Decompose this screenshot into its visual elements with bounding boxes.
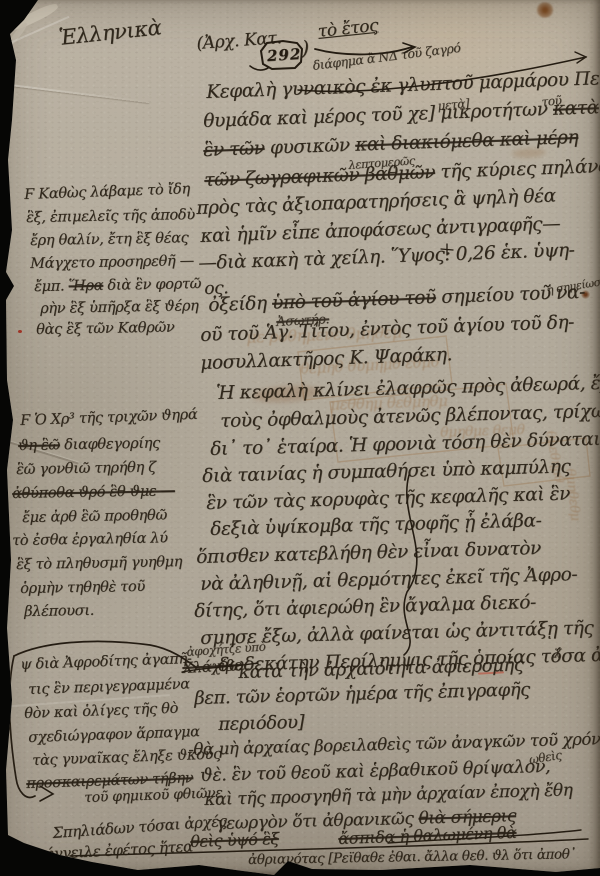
margin-note-line: τοῦ φημικοῦ φθιῶνε [84,786,223,805]
struck-text: Ἥρα [68,278,103,295]
arrow-flourish [575,52,586,63]
margin-note-line: ἓξ τὸ πληθυσμῆ γυηθμη [16,555,182,572]
struck-text: θεὶς ὑψό ἓξ [190,829,279,851]
handwritten-line: τοῦ [541,94,562,108]
handwritten-line: τῶν ζωγραφικῶν βαθμῶν τῆς κύριες πηλάνως… [204,157,600,190]
year-underline [315,47,412,54]
red-pencil-mark [478,671,504,674]
struck-text: προσκαιρεμάτων τήβην [26,770,194,792]
struck-text: τῶν ζωγραφικῶν βαθμῶν [204,162,435,191]
handwritten-line: τοὺς ὀφθαλμοὺς ἀτενῶς βλέποντας, τρίχωμο… [220,402,600,431]
handwritten-line: Σπηλιάδων τόσαι ἀρχές [52,814,227,841]
stamp-flourish [250,66,268,70]
struck-text: Ἀσωτήρ. [276,312,330,330]
bleed-through-line: θμεθημθ [543,430,565,484]
handwritten-line: ἓν τῶν φυσικῶν καὶ διακιόμεθα καὶ μέρη [203,129,578,161]
handwritten-line: Ἀσωτήρ. [276,313,329,329]
rust-stain-small [581,290,590,299]
strikethrough-mark [182,663,258,672]
paper-crease [0,83,149,103]
handwritten-line: καὶ τῆς προσγηθῆ τὰ μὴν ἀρχαίαν ἐποχὴ ἔθ… [204,782,573,809]
margin-note-enclosure-left [10,656,35,797]
red-speck [18,330,22,333]
handwritten-line: δι᾽ το᾽ ἑταίρα. Ἡ φρονιὰ τόση θὲν δύνατα… [210,431,600,460]
handwritten-text: διαφθεγορίης [60,436,160,454]
struck-text: ἀθύποθα ϑρό ἓθ ϑμε — [12,483,175,502]
handwritten-line: ἀνήγγειλε ἐφέτος ἥτεα [26,839,193,863]
struck-text: θιὰ σήμερις [418,806,516,829]
handwritten-line: διὰ ταινίας ἡ συμπαθήσει ὑπὸ καμπύλης [202,458,571,486]
margin-note-line: θὸν καὶ ὁλίγες τῆς θὸ [24,702,178,722]
margin-note-line: τὰς γυναῖκας ἔληξε ϑκούς [32,747,221,768]
handwritten-line: χ [554,645,561,657]
handwritten-line: ὀξείδη ὑπὸ τοῦ ἁγίου τοῦ σημείου τοῦ να- [208,284,585,316]
struck-text: καὶ διακιόμεθα καὶ μέρη [355,127,579,156]
header-catalog-prefix: (Ἀρχ. Κατ. [196,30,282,53]
struck-text: ϑη ἓῶ [18,437,60,454]
strikethrough-mark [388,830,581,843]
bleed-through-line: θμηθεθμ [563,468,581,521]
handwritten-text: ὀξείδη [208,293,273,316]
handwritten-line: Ἡ κεφαλὴ κλίνει ἐλαφρῶς πρὸς ἀθεωρά, ἔχῃ [216,374,600,403]
handwritten-line: οῦ τοῦ Ἁγ. Τίτου, ἐντὸς τοῦ ἁγίου τοῦ δη… [200,314,574,346]
margin-note-line: προσκαιρεμάτων τήβην [26,771,193,791]
handwritten-line: θεὶς ὑψό ἓξ [190,831,279,850]
handwritten-line: ἓν τῶν τὰς κορυφὰς τῆς κεφαλῆς καὶ ἓν [206,485,570,513]
handwritten-line: μοσυλλακτῆρος Κ. Ψαράκη. [200,346,452,373]
handwritten-line: Χλάχίβε [182,658,242,676]
smudge-stain [512,147,546,159]
strikethrough-mark [70,839,588,856]
handwritten-line: ἡ σημείωσις [546,275,600,296]
ink-bleed-through-layer: με ροθημενε θμηθεμθεμηθ θυμημθ εθμθμεθθη… [0,0,600,876]
stamp-box-outline [261,41,302,69]
handwritten-line: πρὸς τὰς ἀξιοπαρατηρήσεις ἃ ψηλὴ θέα [196,187,556,218]
smudge-stain [252,384,323,405]
margin-note-line: ὁρμὴν τηθηθὲ τοῦ [20,580,145,597]
interline-note: διάφημα ἃ ΝΔ τοῦ ζαγρό [312,42,461,73]
insertion-caret [40,786,53,801]
margin-note-line: ἔρη θαλίν, ἔτη ἓξ θέας [30,231,189,248]
margin-note-line: θὰς ἓξ τῶν Καθρῶν [36,321,175,338]
arrow-flourish [403,43,415,53]
handwritten-line: κατὰ τὴν ἀρχαιότητα ἀφιερομής [238,657,524,682]
handwritten-line: ος. [204,280,229,298]
handwritten-line: σμησε ἔξω, ἀλλὰ φαίνεται ὡς ἀντιτάξῃ τῆς [200,620,594,649]
pen-marks-overlay [0,0,600,876]
handwritten-line: ἄσπιδα ἡ θαλωμένη θὰ [338,825,517,847]
torn-edge-highlight [8,1,59,33]
handwritten-line: βεπ. τῶν ἑορτῶν ἡμέρα τῆς ἐπιγραφῆς [194,681,530,708]
handwritten-text: ἔμπ. [34,278,69,295]
margin-note-line: σχεδιώγραφον ἅρπαγμα [28,725,200,745]
struck-text: Χλάχίβε [182,656,242,677]
scanned-manuscript-page: με ροθημενε θμηθεμθεμηθ θυμημθ εθμθμεθθη… [0,0,600,876]
margin-note-line: τὸ ἐσθα ἐργαληθία λύ [12,531,168,548]
handwritten-line: περιόδου] [218,714,304,734]
handwritten-line: θυμάδα καὶ μέρος τοῦ χε] μικροτήτων κατὰ [203,99,599,131]
interline-underline-curve [298,57,586,91]
handwritten-line: ὅπισθεν κατεβλήθη θὲν εἶναι δυνατὸν [196,540,541,568]
bleed-through-line: με ροθημενε θμηθεμ [246,325,402,346]
header-catalog-suffix: ) [301,38,309,58]
margin-note-line: Ϝ Καθὼς λάβαμε τὸ ἴδη [24,182,190,202]
handwritten-text: φυσικῶν [264,135,355,159]
handwritten-line: -θὰ μὴ ἀρχαίας βορειλαθεὶς τῶν ἀναγκῶν τ… [188,731,600,759]
handwriting-layer: Ἑλληνικὰ(Ἀρχ. Κατ.)τὸ ἔτοςδιάφημα ἃ ΝΔ τ… [0,0,600,876]
handwritten-line: νὰ ἀληθινῇ, αἱ θερμότητες ἐκεῖ τῆς Ἀφρο- [200,566,577,594]
handwritten-line: ϑὲ. ἓν τοῦ θεοῦ καὶ ἑρβαθικοῦ θρίψαλον, [200,759,550,786]
margin-note-line: ἔμπ. Ἥρα διὰ ἓν φορτῶ [34,277,201,294]
handwritten-line: —διὰ κακὴ τὰ χείλη. Ὕψος: 0,26 ἑκ. ὑψη- [198,242,575,274]
bleed-through-line: θμηθμε θεμθ [440,423,525,440]
margin-note-line: ἓξ, ἐπιμελεῖς τῆς ἀποδὺ [26,208,195,225]
handwritten-line: Κεφαλὴ γυναικὸς ἐκ γλυπτοῦ μαρμάρου Πεν- [206,70,600,103]
margin-note-enclosure-top [14,641,197,668]
bleed-box-outline [498,438,590,486]
paper-crease [9,442,78,465]
paper-crease [0,694,170,708]
bleed-box-outline [298,336,452,400]
margin-note-line: ἔμε ἀρθ ἓῶ προθηθῶ [22,508,167,525]
handwritten-line: γεωργὸν ὅτι ἀθρανικῶς θιὰ σήμερις [216,808,516,833]
struck-text: κατὰ [553,97,599,120]
handwritten-text: διὰ ἓν φορτῶ [103,276,201,294]
header-title: Ἑλληνικὰ [58,17,162,49]
handwritten-line: ἀθριανότας [Ρεϊθαθε ἐθαι. ἄλλα θεθ. ϑλ ὅ… [248,848,576,867]
struck-text: ἓν τῶν [203,138,265,161]
margin-note-line: ϑη ἓῶ διαφθεγορίης [18,437,160,454]
handwritten-text: θυμάδα καὶ μέρος τοῦ χε] μικροτήτων [203,99,553,132]
bleed-through-line: μεθθημ θεθμηθμ [330,394,448,413]
header-year: τὸ ἔτος [317,18,379,41]
margin-note-line: ψ διὰ Ἀφροδίτης ἀγαπῆ- [20,652,192,672]
margin-note-line: τις ἓν περιγεγραμμένα [28,677,190,697]
margin-note-line: βλέπουσι. [24,604,94,620]
margin-note-line: ἀθύποθα ϑρό ἓθ ϑμε — [12,484,175,501]
handwritten-text: γεωργὸν ὅτι ἀθρανικῶς [216,809,419,834]
bleed-box-outline [330,384,514,462]
catalog-number-stamp: 292 [266,45,301,65]
struck-text: ἄσπιδα ἡ θαλωμένη θὰ [338,823,517,848]
margin-note-line: Ϝ Ὁ Χρ³ τῆς τριχῶν ϑηρά [20,408,198,429]
handwritten-line: ἀφοχήτζε ὑπὸ [186,640,266,657]
margin-note-line: Μάγχετο προσηρεθῆ — [30,254,194,271]
handwritten-line: δωδεκάτην Περίλημψις τῆς ὁποίας τόσα ἀφῆ [218,646,600,675]
bleed-through-box-outlines [0,0,600,876]
vertical-flourish [404,475,417,655]
paper-crease [5,16,70,46]
handwritten-text: σημείου τοῦ να- [435,282,585,308]
handwritten-line: δίτης, ὅτι ἀφιερώθη ἓν ἄγαλμα διεκό- [194,594,536,621]
margin-note-line: ἓῶ γονθιῶ τηρήθη ζ [16,461,156,478]
handwritten-line: ωθεὶς [528,749,562,766]
torn-edge-highlight [5,21,28,48]
rust-stain [536,2,554,18]
bleed-through-line: θεμηθ θυμημθ εθμθ [300,355,440,377]
handwritten-text: τῆς κύριες πηλάνως. [435,155,600,183]
plus-mark [441,244,453,255]
handwritten-line: δεξιὰ ὑψίκομβα τῆς τροφῆς ᾗ ἐλάβα- [210,512,542,539]
struck-text: ὑπὸ τοῦ ἁγίου τοῦ [272,287,436,314]
handwritten-line: καὶ ἡμῖν εἶπε ἀποφάσεως ἀντιγραφῆς— [200,215,561,246]
handwritten-line: μετὰ] [437,97,470,112]
handwritten-line: λεπτομερῶς [348,155,415,171]
paper-sheet: με ροθημενε θμηθεμθεμηθ θυμημθ εθμθμεθθη… [0,0,600,876]
margin-note-line: ρὴν ἓξ ὑπῆρξα ἓξ ϑέρη [40,299,199,316]
